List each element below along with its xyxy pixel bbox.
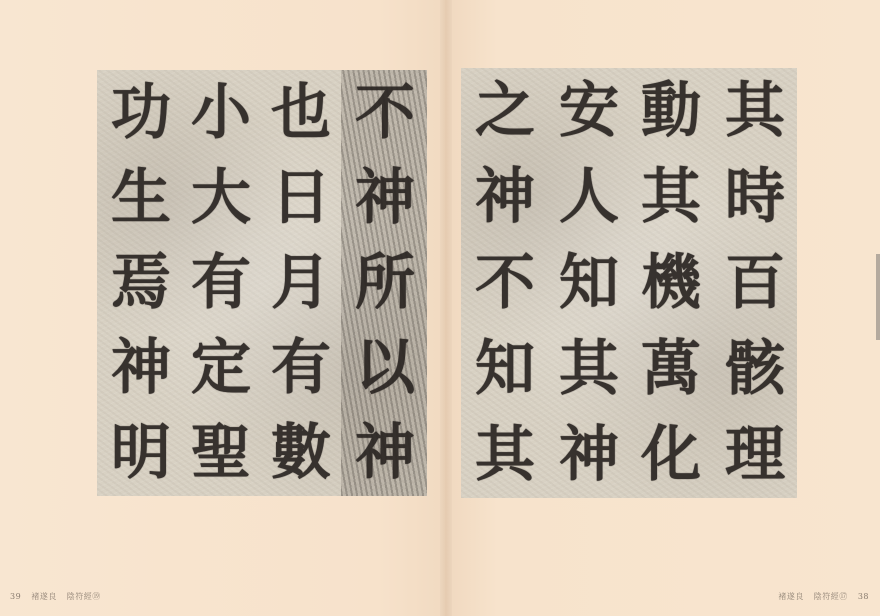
character: 知 <box>559 253 619 313</box>
author-name: 褚遂良 <box>778 592 804 601</box>
character: 有 <box>271 338 331 398</box>
character: 百 <box>725 253 785 313</box>
page-edge-tab <box>876 254 880 340</box>
character: 焉 <box>111 253 171 313</box>
work-title: 陰符經⑲ <box>67 592 101 601</box>
character: 萬 <box>641 339 701 399</box>
character: 功 <box>111 83 171 143</box>
character: 大 <box>191 168 251 228</box>
character: 其 <box>641 167 701 227</box>
right-rubbing-plate: 其 時 百 骸 理 動 其 機 萬 化 安 人 知 其 神 之 神 不 知 其 <box>461 68 797 498</box>
page-number: 39 <box>10 592 21 601</box>
calligraphy-column-3: 安 人 知 其 神 <box>549 68 629 498</box>
calligraphy-column-1: 不 神 所 以 神 <box>345 70 425 496</box>
left-page: 不 神 所 以 神 也 日 月 有 數 小 大 有 定 聖 功 生 焉 神 明 … <box>0 0 445 616</box>
character: 也 <box>271 83 331 143</box>
character: 神 <box>111 338 171 398</box>
page-number: 38 <box>858 592 869 601</box>
character: 定 <box>191 338 251 398</box>
character: 理 <box>725 425 785 485</box>
character: 其 <box>475 425 535 485</box>
calligraphy-column-4: 功 生 焉 神 明 <box>101 70 181 496</box>
right-page-caption: 褚遂良 陰符經⑰ 38 <box>778 591 876 602</box>
character: 日 <box>271 168 331 228</box>
character: 安 <box>559 81 619 141</box>
left-page-caption: 39 褚遂良 陰符經⑲ <box>10 591 108 602</box>
calligraphy-column-1: 其 時 百 骸 理 <box>715 68 795 498</box>
character: 化 <box>641 425 701 485</box>
character: 之 <box>475 81 535 141</box>
calligraphy-column-3: 小 大 有 定 聖 <box>181 70 261 496</box>
calligraphy-column-4: 之 神 不 知 其 <box>465 68 545 498</box>
book-gutter <box>440 0 452 616</box>
left-rubbing-plate: 不 神 所 以 神 也 日 月 有 數 小 大 有 定 聖 功 生 焉 神 明 <box>97 70 427 496</box>
character: 知 <box>475 339 535 399</box>
character: 不 <box>355 83 415 143</box>
character: 神 <box>355 423 415 483</box>
character: 不 <box>475 253 535 313</box>
character: 小 <box>191 83 251 143</box>
character: 神 <box>355 168 415 228</box>
character: 動 <box>641 81 701 141</box>
character: 機 <box>641 253 701 313</box>
character: 有 <box>191 253 251 313</box>
calligraphy-column-2: 動 其 機 萬 化 <box>631 68 711 498</box>
character: 時 <box>725 167 785 227</box>
character: 骸 <box>725 339 785 399</box>
character: 神 <box>475 167 535 227</box>
character: 所 <box>355 253 415 313</box>
work-title: 陰符經⑰ <box>814 592 848 601</box>
calligraphy-column-2: 也 日 月 有 數 <box>261 70 341 496</box>
character: 其 <box>725 81 785 141</box>
right-page: 其 時 百 骸 理 動 其 機 萬 化 安 人 知 其 神 之 神 不 知 其 … <box>445 0 880 616</box>
character: 聖 <box>191 423 251 483</box>
character: 生 <box>111 168 171 228</box>
character: 神 <box>559 425 619 485</box>
character: 數 <box>271 423 331 483</box>
character: 明 <box>111 423 171 483</box>
character: 人 <box>559 167 619 227</box>
author-name: 褚遂良 <box>31 592 57 601</box>
character: 以 <box>355 338 415 398</box>
character: 其 <box>559 339 619 399</box>
character: 月 <box>271 253 331 313</box>
